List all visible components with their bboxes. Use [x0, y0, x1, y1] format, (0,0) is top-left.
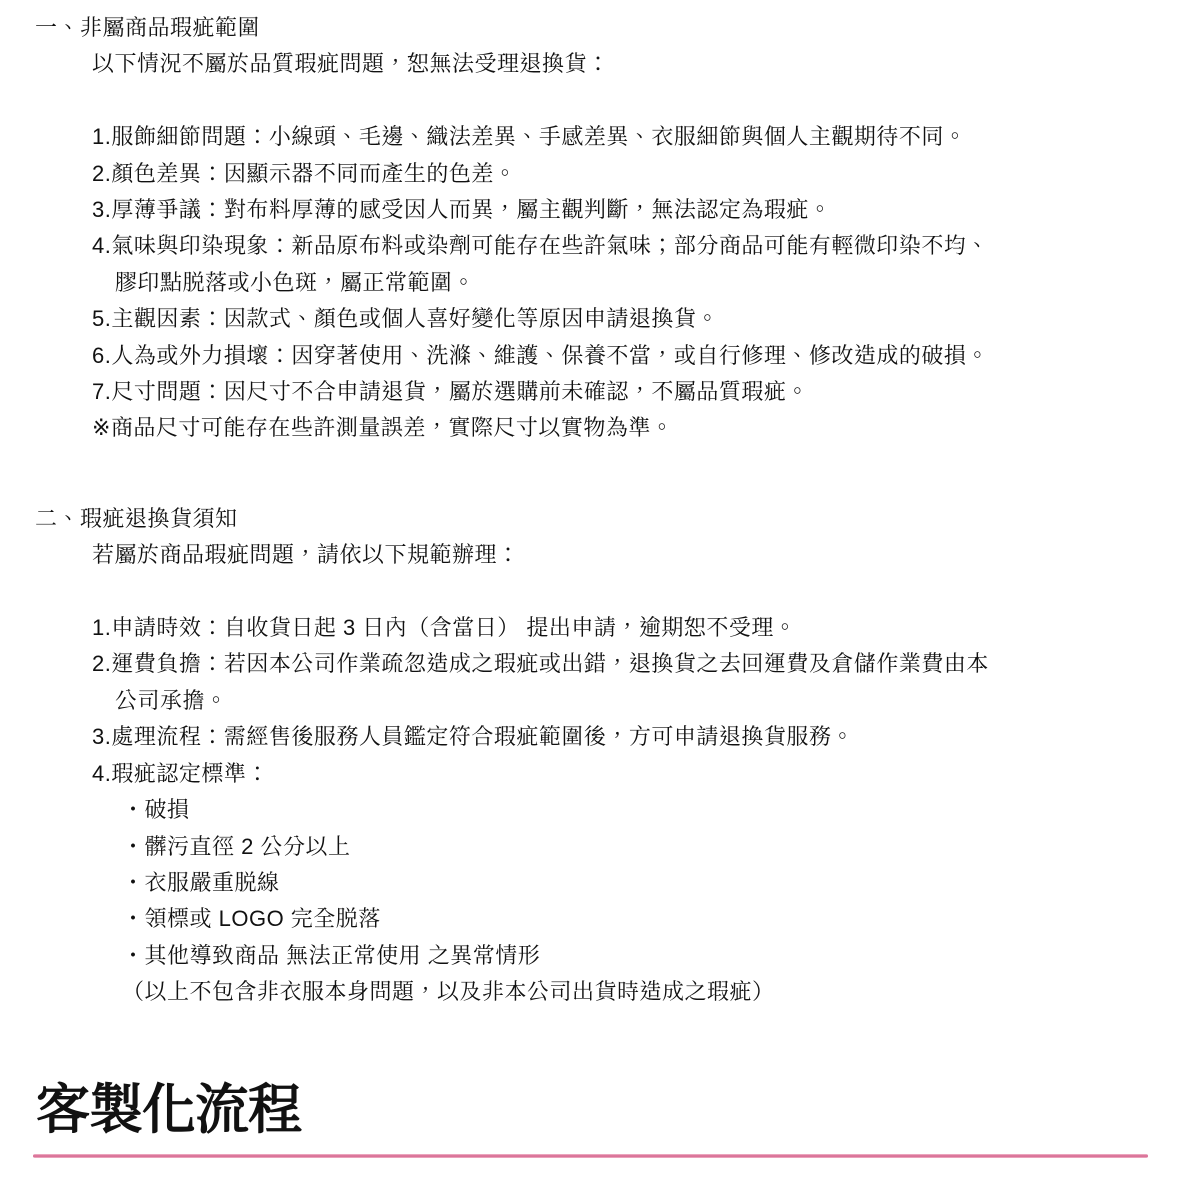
pink-divider: [33, 1154, 1148, 1158]
section-intro: 以下情況不屬於品質瑕疵問題，恕無法受理退換貨：: [0, 46, 1181, 82]
bullet-item: ・破損: [0, 792, 1181, 828]
list-item-wrap: 公司承擔。: [0, 683, 1181, 719]
customization-process-title: 客製化流程: [36, 1079, 1181, 1141]
defect-return-list: 1.申請時效：自收貨日起 3 日內（含當日） 提出申請，逾期恕不受理。 2.運費…: [0, 610, 1181, 1010]
list-item: 1.服飾細節問題：小線頭、毛邊、織法差異、手感差異、衣服細節與個人主觀期待不同。: [0, 119, 1181, 155]
section-heading: 二、瑕疵退換貨須知: [0, 501, 1181, 537]
list-item: 4.氣味與印染現象：新品原布料或染劑可能存在些許氣味；部分商品可能有輕微印染不均…: [0, 228, 1181, 264]
list-item: 5.主觀因素：因款式、顏色或個人喜好變化等原因申請退換貨。: [0, 301, 1181, 337]
bullet-item: ・其他導致商品 無法正常使用 之異常情形: [0, 938, 1181, 974]
list-item: 4.瑕疵認定標準：: [0, 756, 1181, 792]
parenthetical-note: （以上不包含非衣服本身問題，以及非本公司出貨時造成之瑕疵）: [0, 974, 1181, 1010]
bullet-item: ・髒污直徑 2 公分以上: [0, 829, 1181, 865]
list-item: 3.厚薄爭議：對布料厚薄的感受因人而異，屬主觀判斷，無法認定為瑕疵。: [0, 192, 1181, 228]
list-item: 6.人為或外力損壞：因穿著使用、洗滌、維護、保養不當，或自行修理、修改造成的破損…: [0, 338, 1181, 374]
list-item: 2.運費負擔：若因本公司作業疏忽造成之瑕疵或出錯，退換貨之去回運費及倉儲作業費由…: [0, 646, 1181, 682]
list-item: 2.顏色差異：因顯示器不同而產生的色差。: [0, 156, 1181, 192]
list-item: 7.尺寸問題：因尺寸不合申請退貨，屬於選購前未確認，不屬品質瑕疵。: [0, 374, 1181, 410]
size-tolerance-note: ※商品尺寸可能存在些許測量誤差，實際尺寸以實物為準。: [0, 410, 1181, 446]
list-item: 1.申請時效：自收貨日起 3 日內（含當日） 提出申請，逾期恕不受理。: [0, 610, 1181, 646]
bullet-item: ・衣服嚴重脱線: [0, 865, 1181, 901]
list-item: 3.處理流程：需經售後服務人員鑑定符合瑕疵範圍後，方可申請退換貨服務。: [0, 719, 1181, 755]
section-heading: 一、非屬商品瑕疵範圍: [0, 10, 1181, 46]
list-item-wrap: 膠印點脱落或小色斑，屬正常範圍。: [0, 265, 1181, 301]
non-defect-list: 1.服飾細節問題：小線頭、毛邊、織法差異、手感差異、衣服細節與個人主觀期待不同。…: [0, 119, 1181, 447]
bullet-item: ・領標或 LOGO 完全脱落: [0, 901, 1181, 937]
return-policy-document: 一、非屬商品瑕疵範圍 以下情況不屬於品質瑕疵問題，恕無法受理退換貨： 1.服飾細…: [0, 10, 1181, 1158]
section-defect-return-notice: 二、瑕疵退換貨須知 若屬於商品瑕疵問題，請依以下規範辦理： 1.申請時效：自收貨…: [0, 501, 1181, 1011]
section-non-defect-scope: 一、非屬商品瑕疵範圍 以下情況不屬於品質瑕疵問題，恕無法受理退換貨： 1.服飾細…: [0, 10, 1181, 447]
section-intro: 若屬於商品瑕疵問題，請依以下規範辦理：: [0, 537, 1181, 573]
